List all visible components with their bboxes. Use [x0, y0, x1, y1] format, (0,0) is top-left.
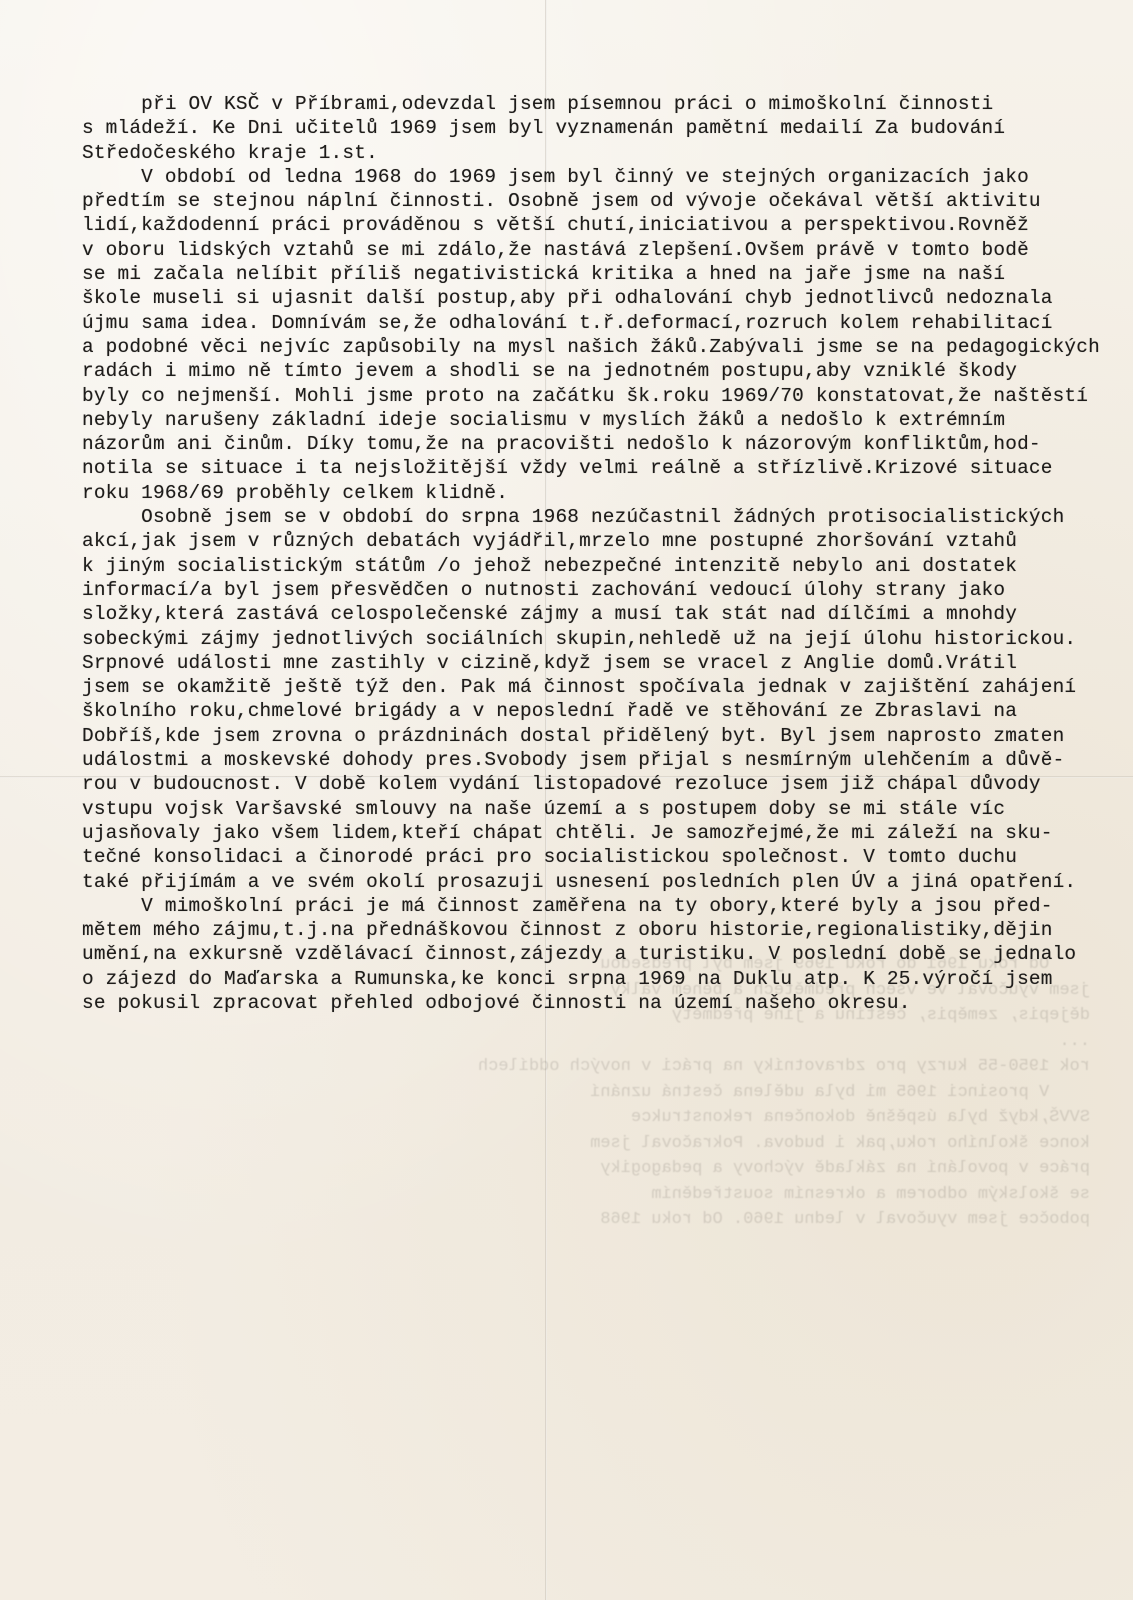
- text-line: a podobné věci nejvíc zapůsobily na mysl…: [82, 335, 1122, 359]
- text-line: názorům ani činům. Díky tomu,že na praco…: [82, 432, 1122, 456]
- text-line: Dobříš,kde jsem zrovna o prázdninách dos…: [82, 724, 1122, 748]
- text-line: s mládeží. Ke Dni učitelů 1969 jsem byl …: [82, 116, 1122, 140]
- text-line: o zájezd do Maďarska a Rumunska,ke konci…: [82, 967, 1122, 991]
- text-line: vstupu vojsk Varšavské smlouvy na naše ú…: [82, 797, 1122, 821]
- bleed-line: práce v povolání na základě výchovy a pe…: [80, 1156, 1090, 1182]
- bleed-line: ...: [80, 1029, 1090, 1055]
- text-line: lidí,každodenní práci prováděnou s větší…: [82, 213, 1122, 237]
- text-line: sobeckými zájmy jednotlivých sociálních …: [82, 627, 1122, 651]
- typewritten-body: při OV KSČ v Příbrami,odevzdal jsem píse…: [82, 92, 1122, 1015]
- text-line: Osobně jsem se v období do srpna 1968 ne…: [82, 505, 1122, 529]
- text-line: radách i mimo ně tímto jevem a shodli se…: [82, 359, 1122, 383]
- bleed-line: pobočce jsem vyučoval v lednu 1960. Od r…: [80, 1207, 1090, 1233]
- text-line: se mi začala nelíbit příliš negativistic…: [82, 262, 1122, 286]
- bleed-line: V prosinci 1965 mi byla udělena čestná u…: [80, 1080, 1090, 1106]
- text-line: Středočeského kraje 1.st.: [82, 141, 1122, 165]
- text-line: Srpnové události mne zastihly v cizině,k…: [82, 651, 1122, 675]
- text-line: umění,na exkursně vzdělávací činnost,záj…: [82, 942, 1122, 966]
- text-line: informací/a byl jsem přesvědčen o nutnos…: [82, 578, 1122, 602]
- text-line: V období od ledna 1968 do 1969 jsem byl …: [82, 165, 1122, 189]
- text-line: se pokusil zpracovat přehled odbojové či…: [82, 991, 1122, 1015]
- text-line: ujasňovaly jako všem lidem,kteří chápat …: [82, 821, 1122, 845]
- text-line: škole museli si ujasnit další postup,aby…: [82, 286, 1122, 310]
- bleed-line: se školským odborem a okresním soustředě…: [80, 1182, 1090, 1208]
- text-line: nebyly narušeny základní ideje socialism…: [82, 408, 1122, 432]
- text-line: újmu sama idea. Domnívám se,že odhalován…: [82, 311, 1122, 335]
- text-line: jsem se okamžitě ještě týž den. Pak má č…: [82, 675, 1122, 699]
- text-line: událostmi a moskevské dohody pres.Svobod…: [82, 748, 1122, 772]
- text-line: mětem mého zájmu,t.j.na přednáškovou čin…: [82, 918, 1122, 942]
- text-line: rou v budoucnost. V době kolem vydání li…: [82, 772, 1122, 796]
- text-line: při OV KSČ v Příbrami,odevzdal jsem píse…: [82, 92, 1122, 116]
- bleed-line: konce školního roku,pak i budova. Pokrač…: [80, 1131, 1090, 1157]
- text-line: předtím se stejnou náplní činnosti. Osob…: [82, 189, 1122, 213]
- text-line: v oboru lidských vztahů se mi zdálo,že n…: [82, 238, 1122, 262]
- bleed-line: SVVŠ,když byla úspěšně dokončena rekonst…: [80, 1105, 1090, 1131]
- bleed-line: rok 1950-55 kurzy pro zdravotníky na prá…: [80, 1054, 1090, 1080]
- text-line: V mimoškolní práci je má činnost zaměřen…: [82, 894, 1122, 918]
- text-line: školního roku,chmelové brigády a v nepos…: [82, 699, 1122, 723]
- text-line: složky,která zastává celospolečenské záj…: [82, 602, 1122, 626]
- text-line: akcí,jak jsem v různých debatách vyjádři…: [82, 529, 1122, 553]
- text-line: také přijímám a ve svém okolí prosazuji …: [82, 870, 1122, 894]
- text-line: k jiným socialistickým státům /o jehož n…: [82, 554, 1122, 578]
- text-line: roku 1968/69 proběhly celkem klidně.: [82, 481, 1122, 505]
- text-line: byly co nejmenší. Mohli jsme proto na za…: [82, 384, 1122, 408]
- text-line: tečné konsolidaci a činorodé práci pro s…: [82, 845, 1122, 869]
- text-line: notila se situace i ta nejsložitější vžd…: [82, 456, 1122, 480]
